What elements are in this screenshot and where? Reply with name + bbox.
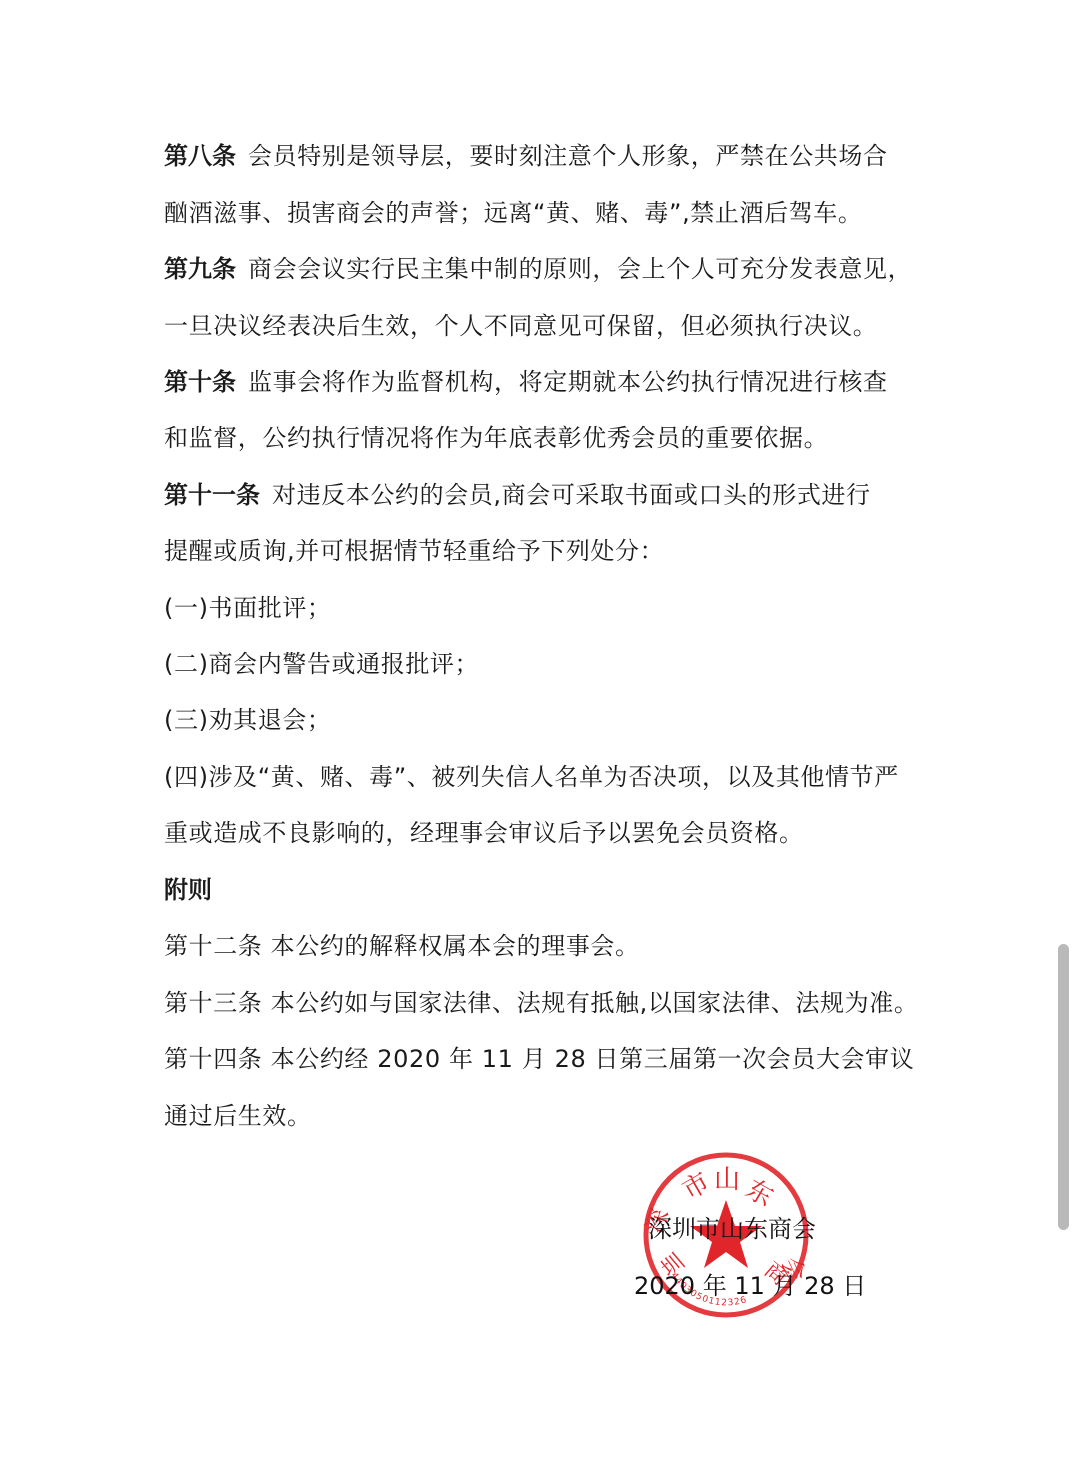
article-10-line-2: 和监督，公约执行情况将作为年底表彰优秀会员的重要依据。: [164, 422, 924, 454]
article-10-heading: 第十条: [164, 368, 236, 396]
svg-text:市: 市: [678, 1167, 716, 1206]
article-8-line-1: 第八条会员特别是领导层，要时刻注意个人形象，严禁在公共场合: [164, 140, 924, 172]
svg-text:东: 东: [741, 1174, 779, 1213]
signature-organization: 深圳市山东商会: [648, 1213, 816, 1245]
article-9-line-1: 第九条商会会议实行民主集中制的原则，会上个人可充分发表意见，: [164, 253, 924, 285]
vertical-scrollbar[interactable]: [1058, 944, 1069, 1230]
article-8-text-1: 会员特别是领导层，要时刻注意个人形象，严禁在公共场合: [248, 142, 888, 170]
article-8-line-2: 酗酒滋事、损害商会的声誉；远离“黄、赌、毒”,禁止酒后驾车。: [164, 197, 924, 229]
appendix-title: 附则: [164, 874, 924, 906]
penalty-item-4-line-2: 重或造成不良影响的，经理事会审议后予以罢免会员资格。: [164, 817, 924, 849]
signature-date: 2020 年 11 月 28 日: [634, 1270, 866, 1302]
document-page: 第八条会员特别是领导层，要时刻注意个人形象，严禁在公共场合 酗酒滋事、损害商会的…: [0, 0, 1080, 1483]
penalty-item-2: (二)商会内警告或通报批评；: [164, 648, 924, 680]
article-11-line-1: 第十一条对违反本公约的会员,商会可采取书面或口头的形式进行: [164, 479, 924, 511]
article-9-text-1: 商会会议实行民主集中制的原则，会上个人可充分发表意见，: [248, 255, 912, 283]
appendix-article-14-line-2: 通过后生效。: [164, 1100, 924, 1132]
penalty-item-4-line-1: (四)涉及“黄、赌、毒”、被列失信人名单为否决项，以及其他情节严: [164, 761, 924, 793]
article-9-heading: 第九条: [164, 255, 236, 283]
penalty-item-3: (三)劝其退会；: [164, 704, 924, 736]
appendix-article-13: 第十三条 本公约如与国家法律、法规有抵触,以国家法律、法规为准。: [164, 987, 924, 1019]
article-8-heading: 第八条: [164, 142, 236, 170]
article-11-line-2: 提醒或质询,并可根据情节轻重给予下列处分：: [164, 535, 924, 567]
article-9-line-2: 一旦决议经表决后生效，个人不同意见可保留，但必须执行决议。: [164, 310, 924, 342]
svg-text:山: 山: [714, 1165, 740, 1195]
article-11-heading: 第十一条: [164, 481, 260, 509]
penalty-item-1: (一)书面批评；: [164, 592, 924, 624]
article-11-text-1: 对违反本公约的会员,商会可采取书面或口头的形式进行: [272, 481, 871, 509]
appendix-article-14-line-1: 第十四条 本公约经 2020 年 11 月 28 日第三届第一次会员大会审议: [164, 1043, 924, 1075]
article-10-text-1: 监事会将作为监督机构，将定期就本公约执行情况进行核查: [248, 368, 888, 396]
appendix-article-12: 第十二条 本公约的解释权属本会的理事会。: [164, 930, 924, 962]
article-10-line-1: 第十条监事会将作为监督机构，将定期就本公约执行情况进行核查: [164, 366, 924, 398]
